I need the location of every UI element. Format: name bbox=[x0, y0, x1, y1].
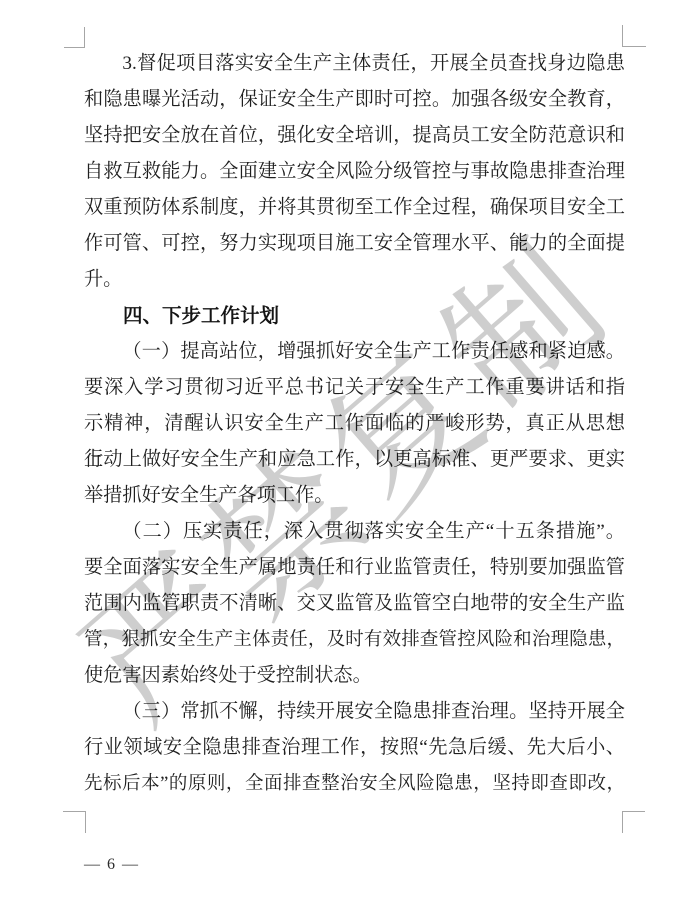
crop-mark-top-left bbox=[64, 27, 85, 48]
text-line: 使危害因素始终处于受控制状态。 bbox=[84, 658, 625, 694]
text-line: 坚持把安全放在首位，强化安全培训，提高员工安全防范意识和 bbox=[84, 118, 625, 154]
text-line: 升。 bbox=[84, 262, 625, 298]
text-line: 要深入学习贯彻习近平总书记关于安全生产工作重要讲话和指 bbox=[84, 370, 625, 406]
text-line: 3.督促项目落实安全生产主体责任，开展全员查找身边隐患 bbox=[84, 46, 625, 82]
text-line: 和隐患曝光活动，保证安全生产即时可控。加强各级安全教育， bbox=[84, 82, 625, 118]
document-body: 3.督促项目落实安全生产主体责任，开展全员查找身边隐患 和隐患曝光活动，保证安全… bbox=[84, 46, 625, 802]
text-line: 行业领域安全隐患排查治理工作，按照“先急后缓、先大后小、 bbox=[84, 730, 625, 766]
text-line: 示精神，清醒认识安全生产工作面临的严峻形势，真正从思想上、 bbox=[84, 406, 625, 442]
text-line: 行动上做好安全生产和应急工作，以更高标准、更严要求、更实 bbox=[84, 442, 625, 478]
text-line: 要全面落实安全生产属地责任和行业监管责任，特别要加强监管 bbox=[84, 550, 625, 586]
text-line: 双重预防体系制度，并将其贯彻至工作全过程，确保项目安全工 bbox=[84, 190, 625, 226]
text-line: 范围内监管职责不清晰、交叉监管及监管空白地带的安全生产监 bbox=[84, 586, 625, 622]
crop-mark-top-right bbox=[622, 25, 646, 47]
section-heading: 四、下步工作计划 bbox=[84, 298, 625, 334]
text-line: 举措抓好安全生产各项工作。 bbox=[84, 478, 625, 514]
crop-mark-bottom-left bbox=[63, 811, 86, 833]
text-line: 作可管、可控，努力实现项目施工安全管理水平、能力的全面提 bbox=[84, 226, 625, 262]
text-line: （三）常抓不懈，持续开展安全隐患排查治理。坚持开展全 bbox=[84, 694, 625, 730]
text-line: （一）提高站位，增强抓好安全生产工作责任感和紧迫感。 bbox=[84, 334, 625, 370]
text-line: 自救互救能力。全面建立安全风险分级管控与事故隐患排查治理 bbox=[84, 154, 625, 190]
text-line: 管，狠抓安全生产主体责任，及时有效排查管控风险和治理隐患， bbox=[84, 622, 625, 658]
text-line: 先标后本”的原则，全面排查整治安全风险隐患，坚持即查即改， bbox=[84, 766, 625, 802]
page-number: — 6 — bbox=[84, 856, 140, 874]
text-line: （二）压实责任，深入贯彻落实安全生产“十五条措施”。 bbox=[84, 514, 625, 550]
document-page: 3.督促项目落实安全生产主体责任，开展全员查找身边隐患 和隐患曝光活动，保证安全… bbox=[0, 0, 699, 902]
crop-mark-bottom-right bbox=[622, 811, 645, 833]
